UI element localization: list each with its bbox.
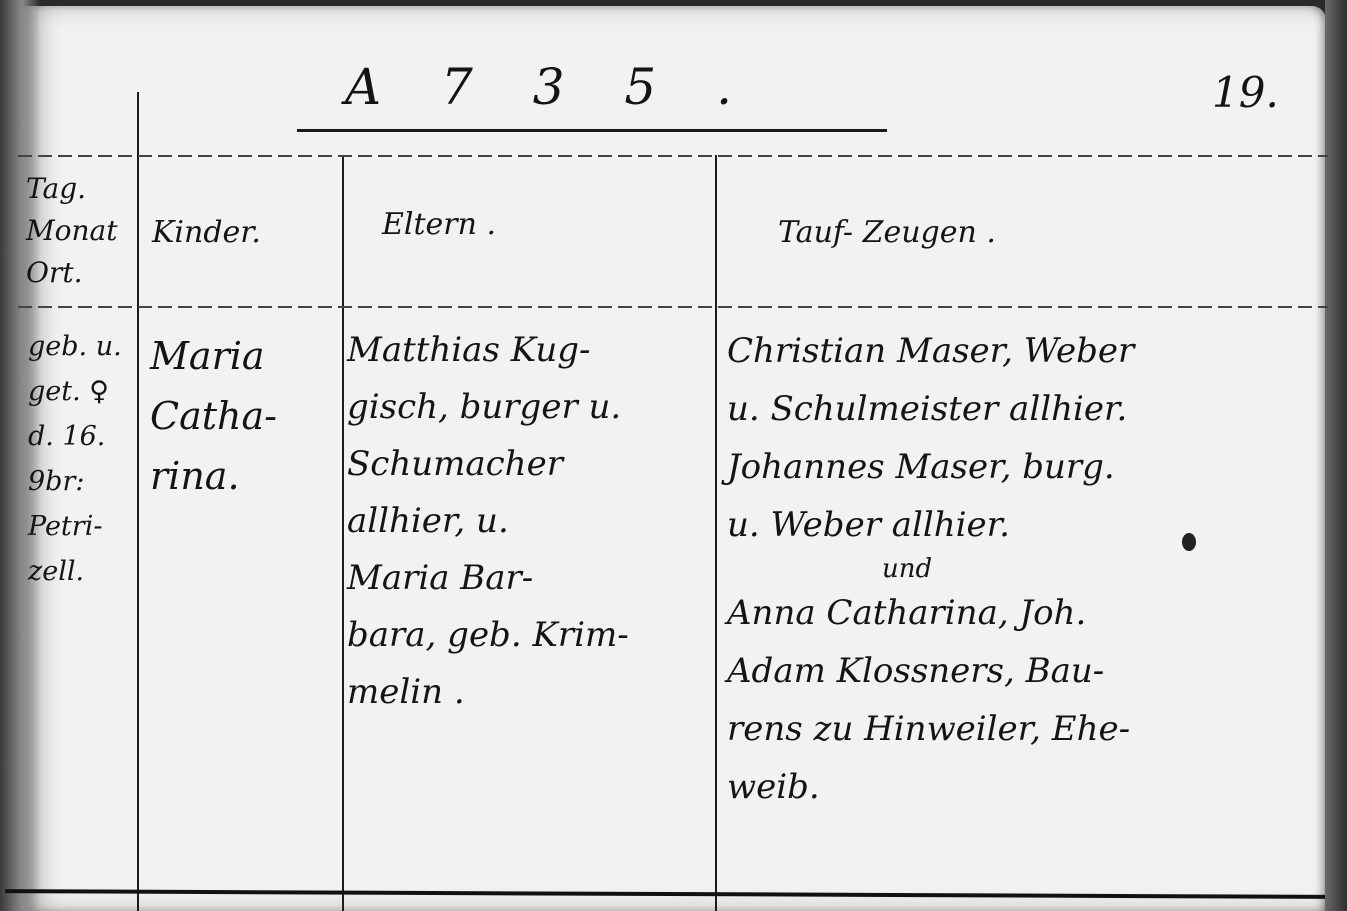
header-parents: Eltern . [382,210,496,240]
year-underline [297,129,887,132]
entry-date-place: geb. u. get. ♀ d. 16. 9br: Petri- zell. [28,324,122,594]
child-line: Maria [150,326,277,386]
godparents-line: u. Schulmeister allhier. [727,380,1134,438]
year-heading: A 7 3 5 . [345,62,754,112]
parents-line: allhier, u. [347,493,629,550]
parents-line: Matthias Kug- [347,322,629,379]
column-rule-1 [137,92,139,911]
godparents-line: Christian Maser, Weber [727,322,1134,380]
date-line: geb. u. [28,324,122,369]
child-line: Catha- [150,386,277,446]
header-line-monat: Monat [26,210,118,252]
godparents-line: rens zu Hinweiler, Ehe- [727,700,1134,758]
entry-child-name: Maria Catha- rina. [150,326,277,506]
entry-parents: Matthias Kug- gisch, burger u. Schumache… [347,322,629,721]
godparents-line: Johannes Maser, burg. [727,438,1134,496]
date-line: 9br: [28,459,122,504]
godparents-line: weib. [727,758,1134,816]
header-date-place: Tag. Monat Ort. [26,168,118,294]
date-line: Petri- [28,504,122,549]
parents-line: gisch, burger u. [347,379,629,436]
header-line-ort: Ort. [26,252,118,294]
child-line: rina. [150,446,277,506]
header-top-rule [18,155,1328,157]
date-line: zell. [28,549,122,594]
header-godparents: Tauf- Zeugen . [778,218,996,248]
page-number: 19. [1212,72,1279,114]
parents-line: Schumacher [347,436,629,493]
godparents-line: Adam Klossners, Bau- [727,642,1134,700]
column-rule-3 [715,155,717,911]
parents-line: bara, geb. Krim- [347,607,629,664]
entry-godparents: Christian Maser, Weber u. Schulmeister a… [727,322,1134,816]
ink-blot [1182,533,1196,551]
page-edge [1325,0,1347,911]
date-line: get. ♀ [28,369,122,414]
godparents-conjunction: und [727,554,1134,584]
header-children: Kinder. [152,218,261,248]
date-line: d. 16. [28,414,122,459]
column-rule-2 [342,155,344,911]
parents-line: melin . [347,664,629,721]
header-bottom-rule [18,306,1328,308]
parents-line: Maria Bar- [347,550,629,607]
godparents-line: u. Weber allhier. [727,496,1134,554]
godparents-line: Anna Catharina, Joh. [727,584,1134,642]
header-line-tag: Tag. [26,168,118,210]
